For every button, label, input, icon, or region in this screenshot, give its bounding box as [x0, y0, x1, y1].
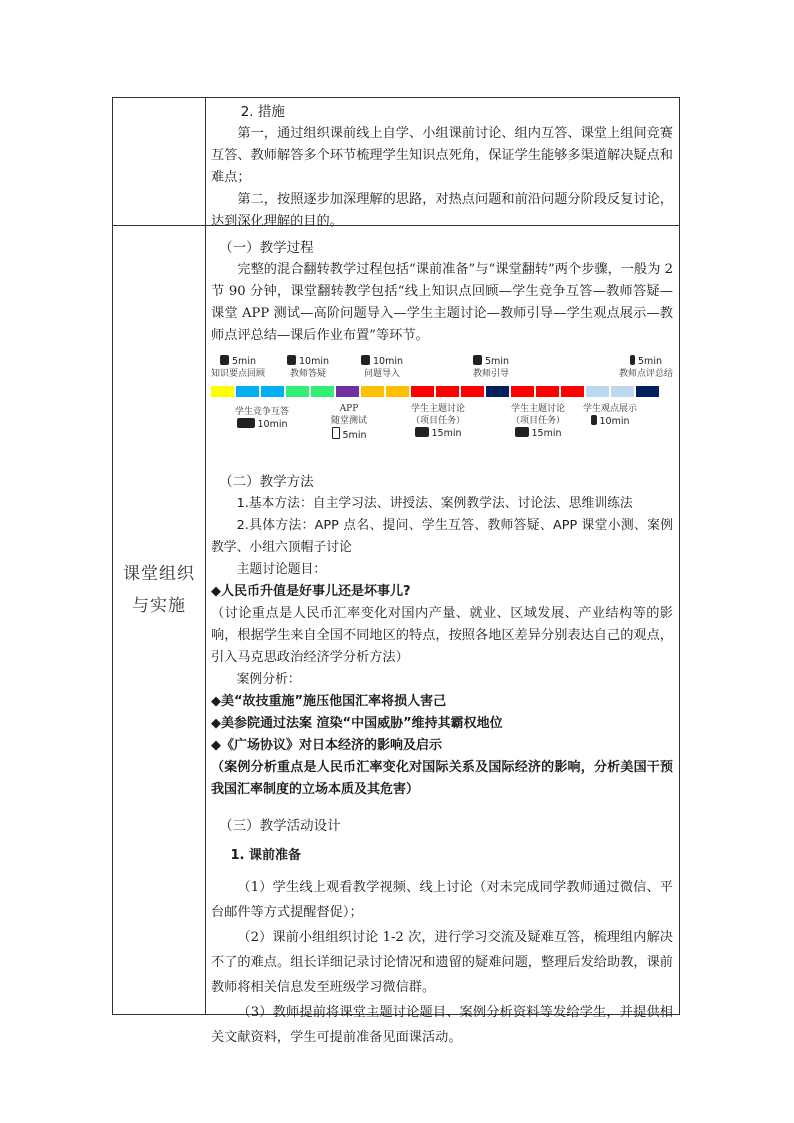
- preclass-item-1: （1）学生线上观看教学视频、线上讨论（对未完成同学教师通过微信、平台邮件等方式提…: [211, 875, 673, 925]
- timeline-top-label-intro: 10min 问题导入: [361, 355, 403, 380]
- timeline-segment: [386, 386, 409, 397]
- timeline-segment: [236, 386, 259, 397]
- measures-cell: 2. 措施 第一，通过组织课前线上自学、小组课前讨论、组内互答、课堂上组间竞赛互…: [211, 101, 673, 233]
- timeline-top-label-summary: 5min 教师点评总结: [619, 355, 673, 380]
- lesson-table: 课堂组织 与实施 2. 措施 第一，通过组织课前线上自学、小组课前讨论、组内互答…: [112, 97, 680, 1015]
- timeline-segment: [636, 386, 659, 397]
- timeline-segment: [486, 386, 509, 397]
- timeline-segment: [436, 386, 459, 397]
- discussion-topic: ◆人民币升值是好事儿还是坏事儿?: [211, 581, 673, 603]
- timeline-segment: [211, 386, 234, 397]
- timeline-segment: [411, 386, 434, 397]
- measures-heading: 2. 措施: [211, 101, 673, 123]
- discussion-icon: [415, 427, 429, 437]
- measures-para-2: 第二，按照逐步加深理解的思路，对热点问题和前沿问题分阶段反复讨论，达到深化理解的…: [211, 189, 673, 233]
- timeline-bottom-label-discuss-1: 学生主题讨论 （项目任务） 15min: [411, 403, 465, 440]
- case-item-1: ◆美“故技重施”施压他国汇率将损人害己: [211, 691, 673, 713]
- timeline-bottom-label-app: APP 随堂测试 5min: [331, 403, 367, 442]
- topic-label: 主题讨论题目：: [211, 559, 673, 581]
- timeline-segment: [261, 386, 284, 397]
- timeline-segment: [336, 386, 359, 397]
- board-icon: [361, 355, 370, 365]
- teacher-desk-icon: [220, 355, 229, 365]
- timeline-bottom-label-discuss-2: 学生主题讨论 （项目任务） 15min: [511, 403, 565, 440]
- case-item-2: ◆美参院通过法案 渲染“中国威胁”维持其霸权地位: [211, 713, 673, 735]
- group-icon: [473, 355, 482, 365]
- timeline-top-label-guide: 5min 教师引导: [473, 355, 509, 380]
- chart-people-icon: [237, 418, 255, 428]
- discussion-topic-note: （讨论重点是人民币汇率变化对国内产量、就业、区域发展、产业结构等的影响，根据学生…: [211, 603, 673, 669]
- teaching-timeline: 5min 知识要点回顾 10min 教师答疑 10min 问题导入 5min 教…: [211, 353, 673, 453]
- basic-methods: 1.基本方法：自主学习法、讲授法、案例教学法、讨论法、思维训练法: [211, 493, 673, 515]
- timeline-bottom-label-present: 学生观点展示 10min: [583, 403, 637, 428]
- timeline-color-bar: [211, 386, 659, 397]
- timeline-bottom-label-compete: 学生竞争互答 10min: [235, 406, 289, 431]
- timeline-segment: [611, 386, 634, 397]
- row-label-line1: 课堂组织: [113, 558, 205, 590]
- timeline-segment: [561, 386, 584, 397]
- section1-heading: （一）教学过程: [211, 237, 673, 259]
- timeline-top-label-qa: 10min 教师答疑: [287, 355, 329, 380]
- section2-heading: （二）教学方法: [211, 471, 673, 493]
- timeline-top-label-review: 5min 知识要点回顾: [211, 355, 265, 380]
- timeline-segment: [536, 386, 559, 397]
- presentation-icon: [287, 355, 296, 365]
- content-cell: （一）教学过程 完整的混合翻转教学过程包括“课前准备”与“课堂翻转”两个步骤，一…: [211, 237, 673, 1050]
- section3-heading: （三）教学活动设计: [211, 815, 673, 837]
- timeline-segment: [461, 386, 484, 397]
- case-label: 案例分析：: [211, 669, 673, 691]
- case-analysis-note: （案例分析重点是人民币汇率变化对国际关系及国际经济的影响，分析美国干预我国汇率制…: [211, 757, 673, 801]
- column-divider: [205, 98, 206, 1014]
- timeline-segment: [511, 386, 534, 397]
- preclass-heading: 1. 课前准备: [211, 845, 673, 867]
- case-item-3: ◆《广场协议》对日本经济的影响及启示: [211, 735, 673, 757]
- measures-para-1: 第一，通过组织课前线上自学、小组课前讨论、组内互答、课堂上组间竞赛互答、教师解答…: [211, 123, 673, 189]
- discussion-icon: [515, 427, 529, 437]
- timeline-segment: [361, 386, 384, 397]
- person-icon: [630, 355, 635, 365]
- timeline-segment: [286, 386, 309, 397]
- timeline-segment: [586, 386, 609, 397]
- phone-icon: [332, 427, 340, 439]
- row-label-line2: 与实施: [113, 590, 205, 622]
- specific-methods: 2.具体方法：APP 点名、提问、学生互答、教师答疑、APP 课堂小测、案例教学…: [211, 515, 673, 559]
- timeline-segment: [311, 386, 334, 397]
- preclass-item-2: （2）课前小组组织讨论 1-2 次，进行学习交流及疑难互答，梳理组内解决不了的难…: [211, 925, 673, 1000]
- row-label-classroom-implementation: 课堂组织 与实施: [113, 558, 205, 622]
- section1-para: 完整的混合翻转教学过程包括“课前准备”与“课堂翻转”两个步骤，一般为 2 节 9…: [211, 259, 673, 347]
- preclass-item-3: （3）教师提前将课堂主题讨论题目、案例分析资料等发给学生，并提供相关文献资料，学…: [211, 1000, 673, 1050]
- speaker-icon: [591, 415, 597, 425]
